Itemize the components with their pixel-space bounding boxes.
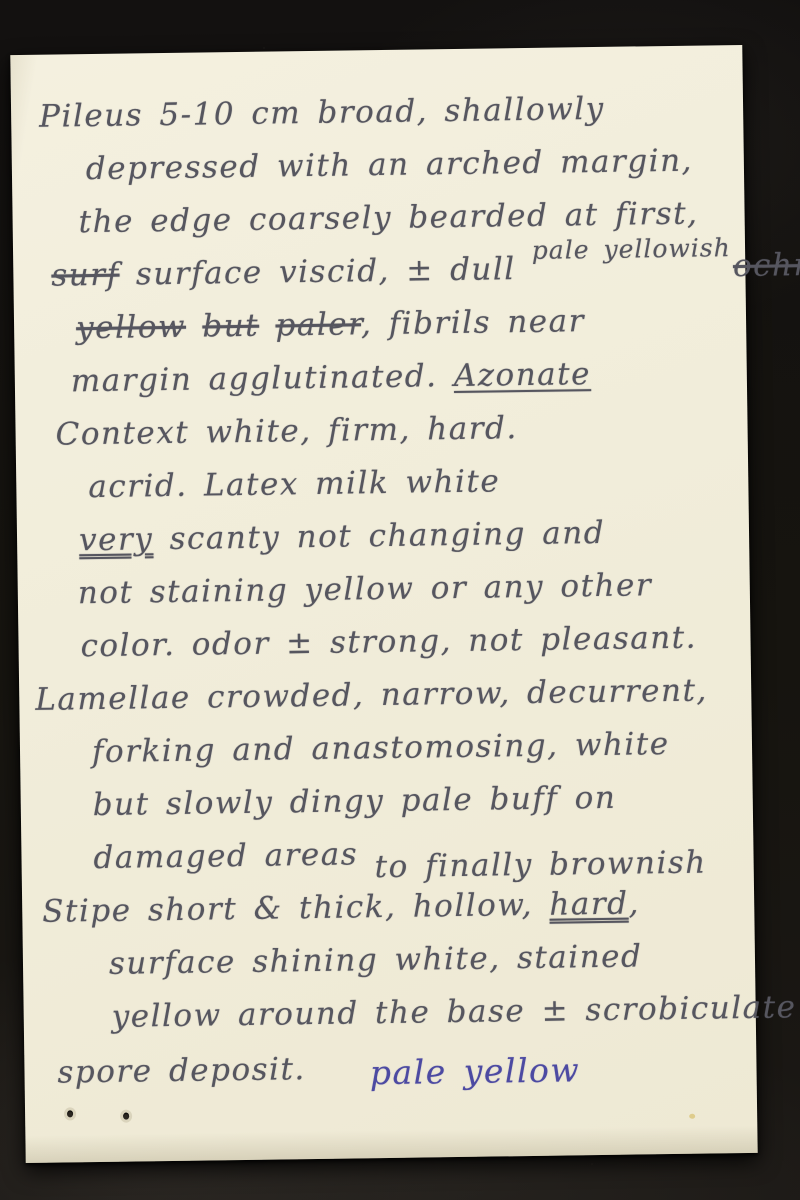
handwriting-segment: surface shining white, stained bbox=[109, 938, 643, 981]
handwriting-segment: forking and anastomosing, white bbox=[92, 726, 670, 770]
handwriting-segment: depressed with an arched margin, bbox=[86, 143, 693, 187]
handwriting-segment: margin agglutinated. bbox=[71, 358, 454, 399]
handwriting-line: damaged areas to finally brownish bbox=[93, 823, 748, 885]
handwriting-segment: surf bbox=[51, 257, 120, 294]
handwritten-text-block: Pileus 5-10 cm broad, shallowlydepressed… bbox=[11, 81, 751, 1098]
handwriting-line: surf surface viscid, ± dull pale yellowi… bbox=[51, 240, 740, 303]
blue-ink-annotation: pale yellow bbox=[370, 1050, 581, 1092]
handwriting-segment: Context white, firm, hard. bbox=[55, 410, 518, 452]
handwriting-line: yellow around the base ± scrobiculate bbox=[111, 982, 750, 1044]
paper-stain bbox=[689, 1114, 695, 1119]
handwriting-segment: hard bbox=[549, 886, 629, 923]
handwriting-segment: Stipe short & thick, hollow, bbox=[42, 887, 550, 930]
handwriting-segment: but slowly dingy pale buff on bbox=[93, 780, 617, 823]
handwriting-segment bbox=[186, 309, 203, 345]
handwriting-segment: , bbox=[628, 885, 640, 921]
handwriting-line: yellow but paler, fibrils near bbox=[76, 293, 741, 355]
handwriting-segment: to finally brownish bbox=[374, 845, 707, 886]
handwriting-line: Pileus 5-10 cm broad, shallowly bbox=[39, 81, 738, 144]
handwriting-line: but slowly dingy pale buff on bbox=[92, 770, 747, 832]
handwriting-segment: Lamellae crowded, narrow, decurrent, bbox=[35, 672, 708, 717]
handwriting-segment: pale yellowish bbox=[532, 233, 731, 265]
handwriting-segment: surface viscid, ± dull bbox=[119, 251, 532, 293]
pin-hole bbox=[67, 1110, 73, 1117]
handwriting-segment: spore deposit. bbox=[57, 1051, 306, 1090]
handwriting-line: acrid. Latex milk white bbox=[88, 452, 743, 514]
handwriting-line: color. odor ± strong, not pleasant. bbox=[80, 611, 745, 673]
handwriting-segment: very bbox=[79, 521, 154, 558]
handwriting-line: Stipe short & thick, hollow, hard, bbox=[42, 876, 749, 939]
handwriting-line: surface shining white, stained bbox=[109, 929, 750, 991]
handwriting-segment: damaged areas bbox=[93, 836, 374, 876]
handwriting-segment: the edge coarsely bearded at first, bbox=[78, 196, 698, 241]
pin-hole bbox=[123, 1113, 129, 1120]
handwriting-line: forking and anastomosing, white bbox=[92, 717, 747, 779]
handwriting-segment: scanty not changing and bbox=[153, 515, 605, 557]
handwriting-segment: acrid. Latex milk white bbox=[88, 463, 500, 505]
handwriting-line: depressed with an arched margin, bbox=[86, 134, 739, 196]
handwriting-segment: Azonate bbox=[454, 356, 592, 394]
handwriting-segment: color. odor ± strong, not pleasant. bbox=[80, 620, 697, 665]
handwriting-segment: paler bbox=[275, 306, 361, 343]
handwriting-line: spore deposit.pale yellow bbox=[57, 1035, 751, 1098]
handwriting-line: Context white, firm, hard. bbox=[55, 399, 742, 462]
handwriting-segment: ochre bbox=[733, 247, 800, 284]
note-card: Pileus 5-10 cm broad, shallowlydepressed… bbox=[10, 45, 757, 1163]
handwriting-segment: yellow around the base ± scrobiculate bbox=[111, 989, 796, 1035]
handwriting-segment: Pileus 5-10 cm broad, shallowly bbox=[39, 91, 605, 135]
handwriting-segment: not staining yellow or any other bbox=[78, 567, 653, 611]
handwriting-line: margin agglutinated. Azonate bbox=[70, 346, 741, 408]
handwriting-line: not staining yellow or any other bbox=[77, 558, 744, 620]
handwriting-line: very scanty not changing and bbox=[79, 505, 744, 567]
handwriting-segment bbox=[259, 307, 276, 343]
handwriting-segment: yellow bbox=[76, 309, 186, 347]
handwriting-segment: but bbox=[202, 308, 259, 345]
handwriting-segment: , fibrils near bbox=[361, 303, 585, 342]
